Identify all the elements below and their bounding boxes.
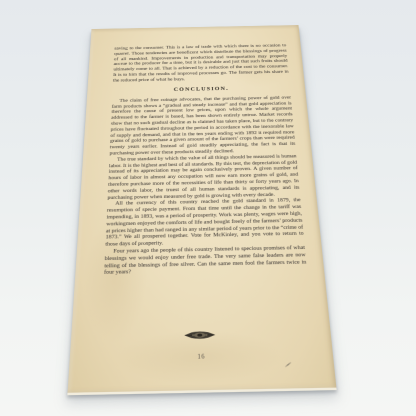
photo-background: saving to the consumer. This is a law of… [0, 0, 416, 416]
printers-ornament-icon [183, 330, 216, 340]
body-paragraph: The claim of free coinage advocates, tha… [109, 95, 296, 157]
body-paragraph: All the currency of this country reached… [105, 198, 305, 249]
pamphlet-page: saving to the consumer. This is a law of… [67, 25, 336, 393]
pen-mark [285, 362, 292, 368]
page-text-block: saving to the consumer. This is a law of… [104, 43, 308, 277]
continuation-paragraph: saving to the consumer. This is a law of… [113, 43, 290, 83]
section-heading: CONCLUSION. [112, 86, 290, 95]
page-number: 16 [69, 351, 333, 363]
body-paragraph: Four years ago the people of this countr… [104, 245, 308, 277]
body-paragraph: The true standard by which the value of … [107, 154, 300, 202]
